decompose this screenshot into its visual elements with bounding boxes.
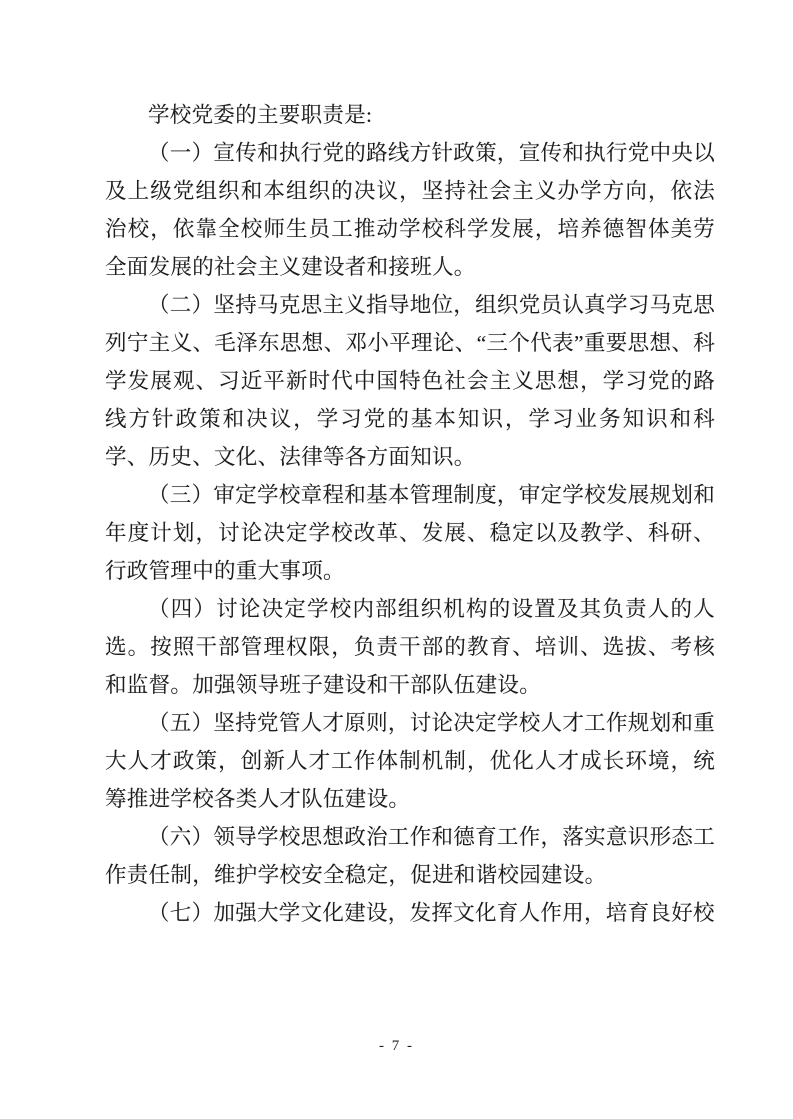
document-body: 学校党委的主要职责是: （一）宣传和执行党的路线方针政策，宣传和执行党中央以及上… (105, 96, 715, 932)
paragraph-2: （二）坚持马克思主义指导地位，组织党员认真学习马克思列宁主义、毛泽东思想、邓小平… (105, 286, 715, 476)
document-page: 学校党委的主要职责是: （一）宣传和执行党的路线方针政策，宣传和执行党中央以及上… (0, 0, 793, 1119)
paragraph-4: （四）讨论决定学校内部组织机构的设置及其负责人的人选。按照干部管理权限，负责干部… (105, 590, 715, 704)
paragraph-3: （三）审定学校章程和基本管理制度，审定学校发展规划和年度计划，讨论决定学校改革、… (105, 476, 715, 590)
paragraph-6: （六）领导学校思想政治工作和德育工作，落实意识形态工作责任制，维护学校安全稳定，… (105, 818, 715, 894)
paragraph-1: （一）宣传和执行党的路线方针政策，宣传和执行党中央以及上级党组织和本组织的决议，… (105, 134, 715, 286)
paragraph-5: （五）坚持党管人才原则，讨论决定学校人才工作规划和重大人才政策，创新人才工作体制… (105, 704, 715, 818)
intro-line: 学校党委的主要职责是: (105, 96, 715, 134)
paragraph-7: （七）加强大学文化建设，发挥文化育人作用，培育良好校 (105, 894, 715, 932)
page-number: - 7 - (0, 1038, 793, 1055)
